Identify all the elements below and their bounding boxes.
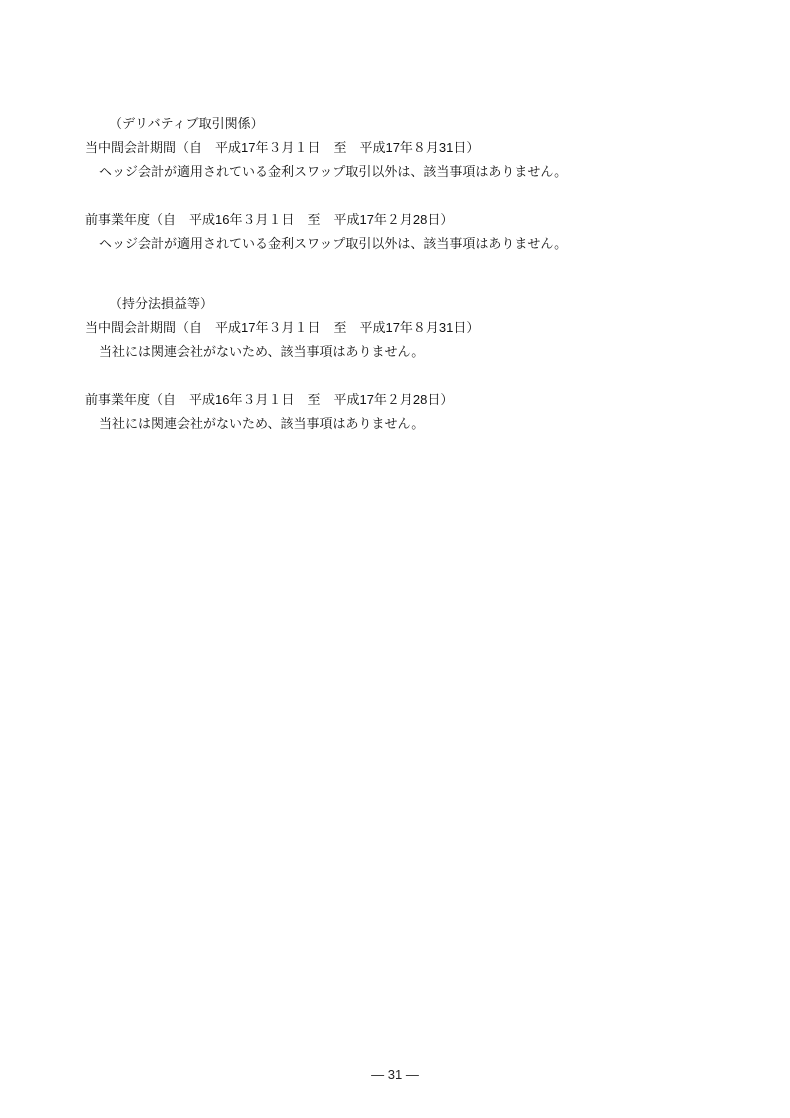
section-heading: （デリバティブ取引関係）	[109, 112, 750, 136]
period-block: 当中間会計期間（自 平成17年３月１日 至 平成17年８月31日） ヘッジ会計が…	[85, 136, 750, 184]
note-line: 当社には関連会社がないため、該当事項はありません。	[99, 412, 750, 436]
period-line: 前事業年度（自 平成16年３月１日 至 平成17年２月28日）	[85, 388, 750, 412]
period-line: 前事業年度（自 平成16年３月１日 至 平成17年２月28日）	[85, 208, 750, 232]
note-line: 当社には関連会社がないため、該当事項はありません。	[99, 340, 750, 364]
period-block: 前事業年度（自 平成16年３月１日 至 平成17年２月28日） 当社には関連会社…	[85, 388, 750, 436]
section-heading: （持分法損益等）	[109, 292, 750, 316]
page-content: （デリバティブ取引関係） 当中間会計期間（自 平成17年３月１日 至 平成17年…	[85, 112, 750, 436]
period-line: 当中間会計期間（自 平成17年３月１日 至 平成17年８月31日）	[85, 316, 750, 340]
derivatives-section: （デリバティブ取引関係） 当中間会計期間（自 平成17年３月１日 至 平成17年…	[85, 112, 750, 256]
equity-method-section: （持分法損益等） 当中間会計期間（自 平成17年３月１日 至 平成17年８月31…	[85, 292, 750, 436]
document-page: （デリバティブ取引関係） 当中間会計期間（自 平成17年３月１日 至 平成17年…	[0, 0, 790, 1118]
period-block: 当中間会計期間（自 平成17年３月１日 至 平成17年８月31日） 当社には関連…	[85, 316, 750, 364]
period-block: 前事業年度（自 平成16年３月１日 至 平成17年２月28日） ヘッジ会計が適用…	[85, 208, 750, 256]
note-line: ヘッジ会計が適用されている金利スワップ取引以外は、該当事項はありません。	[99, 232, 750, 256]
page-number: ― 31 ―	[0, 1066, 790, 1084]
period-line: 当中間会計期間（自 平成17年３月１日 至 平成17年８月31日）	[85, 136, 750, 160]
note-line: ヘッジ会計が適用されている金利スワップ取引以外は、該当事項はありません。	[99, 160, 750, 184]
